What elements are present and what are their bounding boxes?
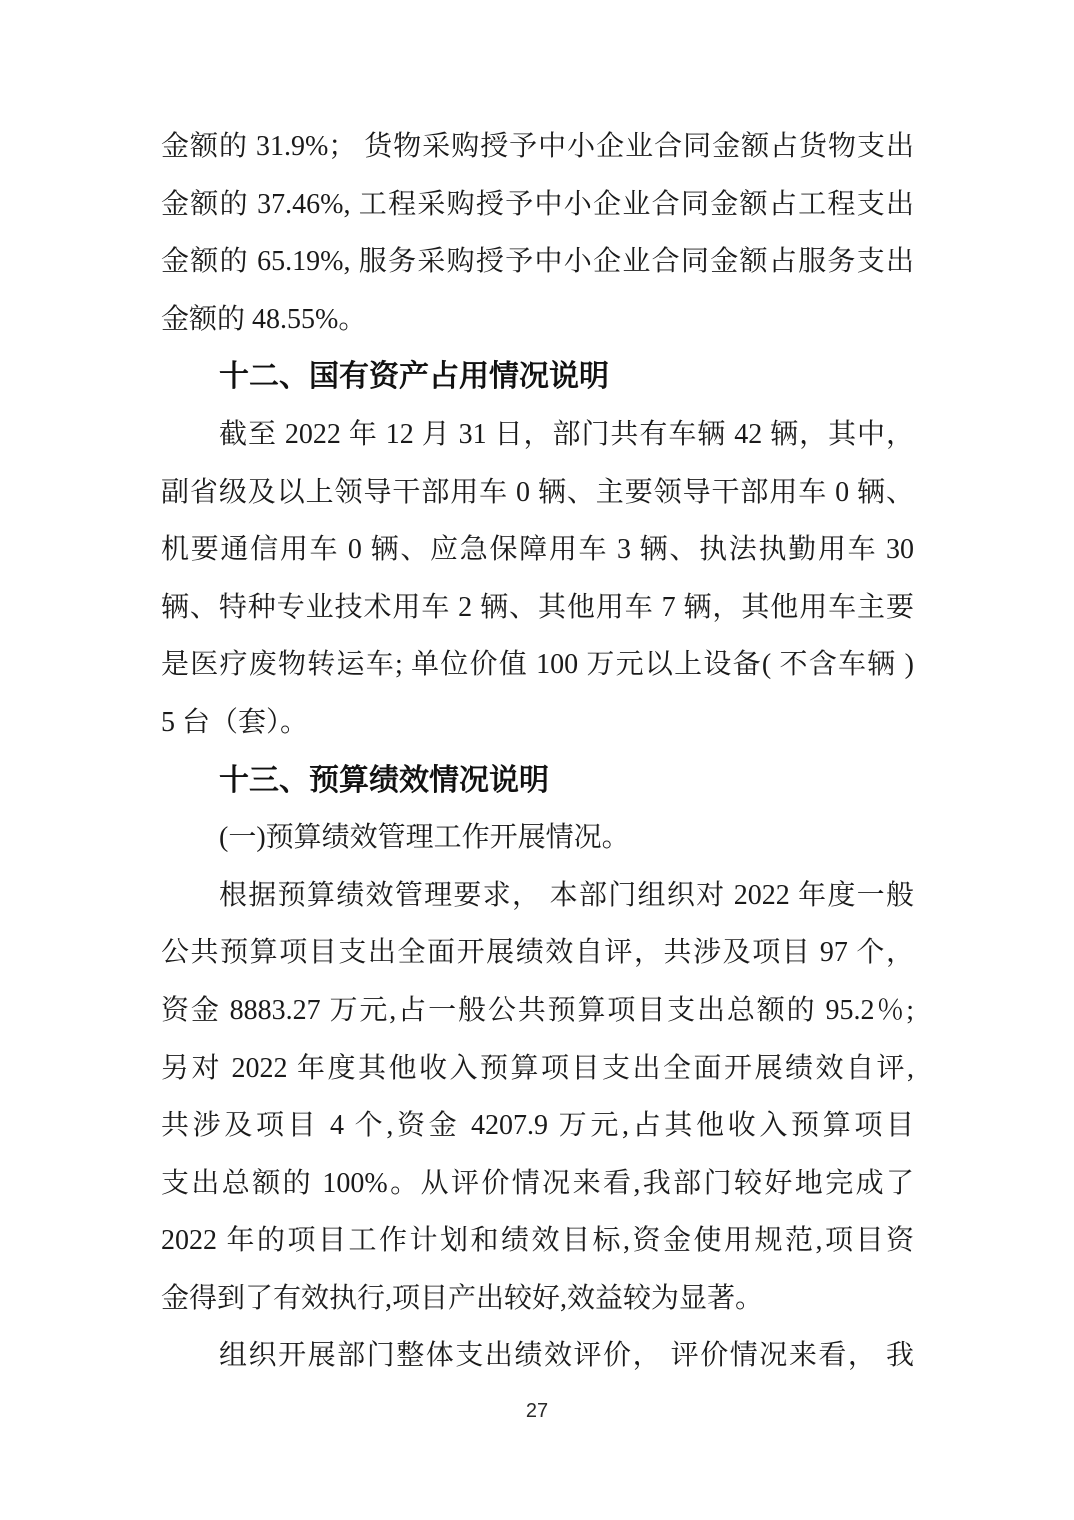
text-line: 5 台（套）。 (161, 694, 914, 752)
section-heading: 十二、国有资产占用情况说明 (161, 348, 914, 406)
text-line: 支出总额的 100%。从评价情况来看,我部门较好地完成了 (161, 1155, 914, 1213)
document-page: 金额的 31.9%； 货物采购授予中小企业合同金额占货物支出金额的 37.46%… (0, 0, 1074, 1520)
document-body: 金额的 31.9%； 货物采购授予中小企业合同金额占货物支出金额的 37.46%… (161, 118, 914, 1385)
text-line: 资金 8883.27 万元,占一般公共预算项目支出总额的 95.2％; (161, 982, 914, 1040)
text-line: 金额的 65.19%, 服务采购授予中小企业合同金额占服务支出 (161, 233, 914, 291)
text-line: 金额的 48.55%。 (161, 291, 914, 349)
text-line: 2022 年的项目工作计划和绩效目标,资金使用规范,项目资 (161, 1212, 914, 1270)
text-line: 金额的 31.9%； 货物采购授予中小企业合同金额占货物支出 (161, 118, 914, 176)
text-line: 另对 2022 年度其他收入预算项目支出全面开展绩效自评, (161, 1040, 914, 1098)
text-line: 机要通信用车 0 辆、应急保障用车 3 辆、执法执勤用车 30 (161, 521, 914, 579)
page-number: 27 (0, 1400, 1074, 1423)
text-line: (一)预算绩效管理工作开展情况。 (161, 809, 914, 867)
text-line: 根据预算绩效管理要求， 本部门组织对 2022 年度一般 (161, 867, 914, 925)
text-line: 组织开展部门整体支出绩效评价， 评价情况来看， 我 (161, 1327, 914, 1385)
section-heading: 十三、预算绩效情况说明 (161, 752, 914, 810)
text-line: 副省级及以上领导干部用车 0 辆、主要领导干部用车 0 辆、 (161, 464, 914, 522)
text-line: 截至 2022 年 12 月 31 日，部门共有车辆 42 辆，其中， (161, 406, 914, 464)
text-line: 是医疗废物转运车; 单位价值 100 万元以上设备( 不含车辆 ) (161, 636, 914, 694)
text-line: 辆、特种专业技术用车 2 辆、其他用车 7 辆，其他用车主要 (161, 579, 914, 637)
text-line: 公共预算项目支出全面开展绩效自评，共涉及项目 97 个， (161, 924, 914, 982)
text-line: 共涉及项目 4 个,资金 4207.9 万元,占其他收入预算项目 (161, 1097, 914, 1155)
text-line: 金得到了有效执行,项目产出较好,效益较为显著。 (161, 1270, 914, 1328)
text-line: 金额的 37.46%, 工程采购授予中小企业合同金额占工程支出 (161, 176, 914, 234)
